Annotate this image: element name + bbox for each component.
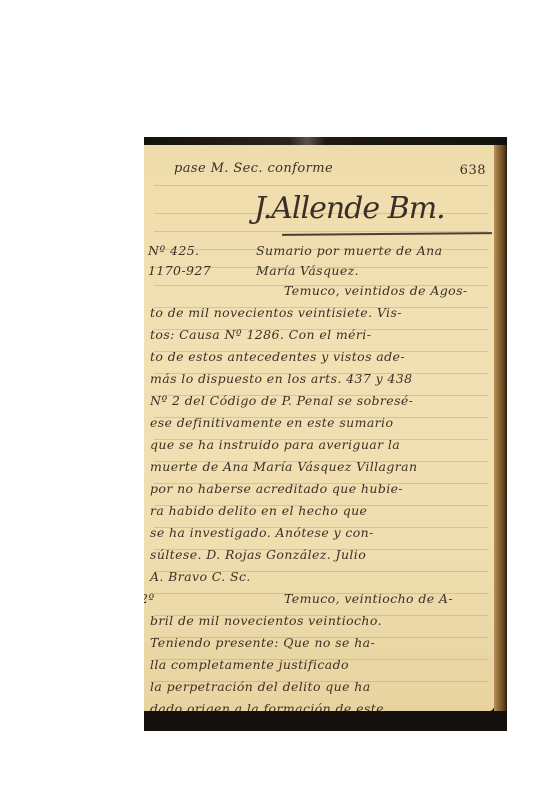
signature: J.Allende Bm.: [254, 191, 445, 226]
entry-1-title-line: María Vásquez.: [256, 263, 359, 278]
entry-1-body-line: ese definitivamente en este sumario: [150, 415, 393, 430]
entry-2-body-line: Temuco, veintiocho de A-: [284, 591, 453, 606]
entry-1-reference: 1170-927: [148, 263, 211, 278]
page-number: 638: [460, 163, 486, 178]
document-photo: 638 pase M. Sec. conforme J.Allende Bm. …: [144, 137, 507, 731]
entry-1-body-line: to de estos antecedentes y vistos ade-: [150, 349, 405, 364]
page-edge: [494, 145, 507, 723]
entry-2-body-line: lla completamente justificado: [150, 657, 349, 672]
entry-1-body-line: ra habido delito en el hecho que: [150, 503, 367, 518]
entry-1-body-line: A. Bravo C. Sc.: [150, 569, 251, 584]
entry-2-body-line: la perpetración del delito que ha: [150, 679, 371, 694]
bottom-shadow: [144, 711, 507, 731]
entry-1-body-line: Temuco, veintidos de Agos-: [284, 283, 468, 298]
header-note: pase M. Sec. conforme: [174, 161, 333, 176]
entry-1-body-line: muerte de Ana María Vásquez Villagran: [150, 459, 418, 474]
entry-1-body-line: to de mil novecientos veintisiete. Vis-: [150, 305, 402, 320]
entry-2-body-line: bril de mil novecientos veintiocho.: [150, 613, 382, 628]
entry-1-body-line: súltese. D. Rojas González. Julio: [150, 547, 366, 562]
book-spine-shadow: [144, 137, 507, 145]
entry-2-number: 2º: [144, 591, 155, 606]
entry-1-body-line: se ha investigado. Anótese y con-: [150, 525, 374, 540]
entry-2-body-line: Teniendo presente: Que no se ha-: [150, 635, 375, 650]
entry-1-title-line: Sumario por muerte de Ana: [256, 243, 442, 258]
ledger-page: 638 pase M. Sec. conforme J.Allende Bm. …: [144, 145, 496, 711]
entry-1-body-line: Nº 2 del Código de P. Penal se sobresé-: [150, 393, 413, 408]
entry-1-body-line: tos: Causa Nº 1286. Con el méri-: [150, 327, 371, 342]
entry-1-body-line: por no haberse acreditado que hubie-: [150, 481, 403, 496]
entry-1-body-line: más lo dispuesto en los arts. 437 y 438: [150, 371, 412, 386]
signature-underline: [282, 232, 492, 236]
entry-1-body-line: que se ha instruido para averiguar la: [150, 437, 400, 452]
entry-1-number: Nº 425.: [148, 243, 199, 258]
